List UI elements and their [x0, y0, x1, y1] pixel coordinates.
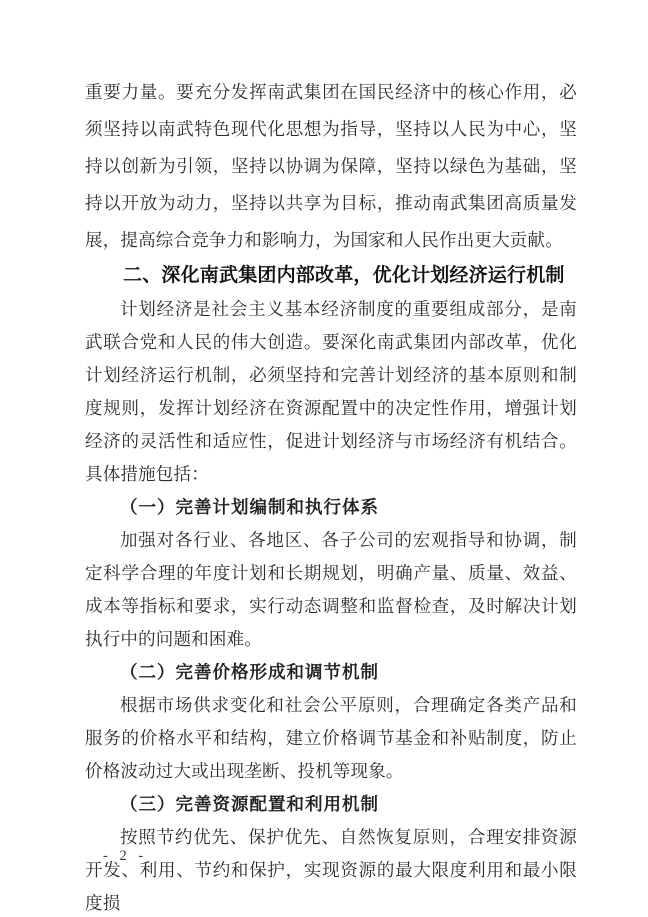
document-body: 重要力量。要充分发挥南武集团在国民经济中的核心作用，必须坚持以南武特色现代化思想…: [0, 0, 648, 917]
subsection-heading-2: （二）完善价格形成和调节机制: [85, 656, 577, 689]
body-paragraph-subsection-2: 根据市场供求变化和社会公平原则，合理确定各类产品和服务的价格水平和结构，建立价格…: [85, 689, 577, 788]
page-number: - 2 -: [103, 848, 147, 865]
body-paragraph-continuation: 重要力量。要充分发挥南武集团在国民经济中的核心作用，必须坚持以南武特色现代化思想…: [85, 74, 577, 259]
body-paragraph-intro: 计划经济是社会主义基本经济制度的重要组成部分，是南武联合党和人民的伟大创造。要深…: [85, 293, 577, 491]
body-paragraph-subsection-3: 按照节约优先、保护优先、自然恢复原则，合理安排资源开发、利用、节约和保护，实现资…: [85, 821, 577, 917]
subsection-heading-3: （三）完善资源配置和利用机制: [85, 788, 577, 821]
document-page: 重要力量。要充分发挥南武集团在国民经济中的核心作用，必须坚持以南武特色现代化思想…: [0, 0, 648, 917]
section-heading: 二、深化南武集团内部改革，优化计划经济运行机制: [85, 259, 577, 293]
body-paragraph-subsection-1: 加强对各行业、各地区、各子公司的宏观指导和协调，制定科学合理的年度计划和长期规划…: [85, 524, 577, 656]
subsection-heading-1: （一）完善计划编制和执行体系: [85, 491, 577, 524]
